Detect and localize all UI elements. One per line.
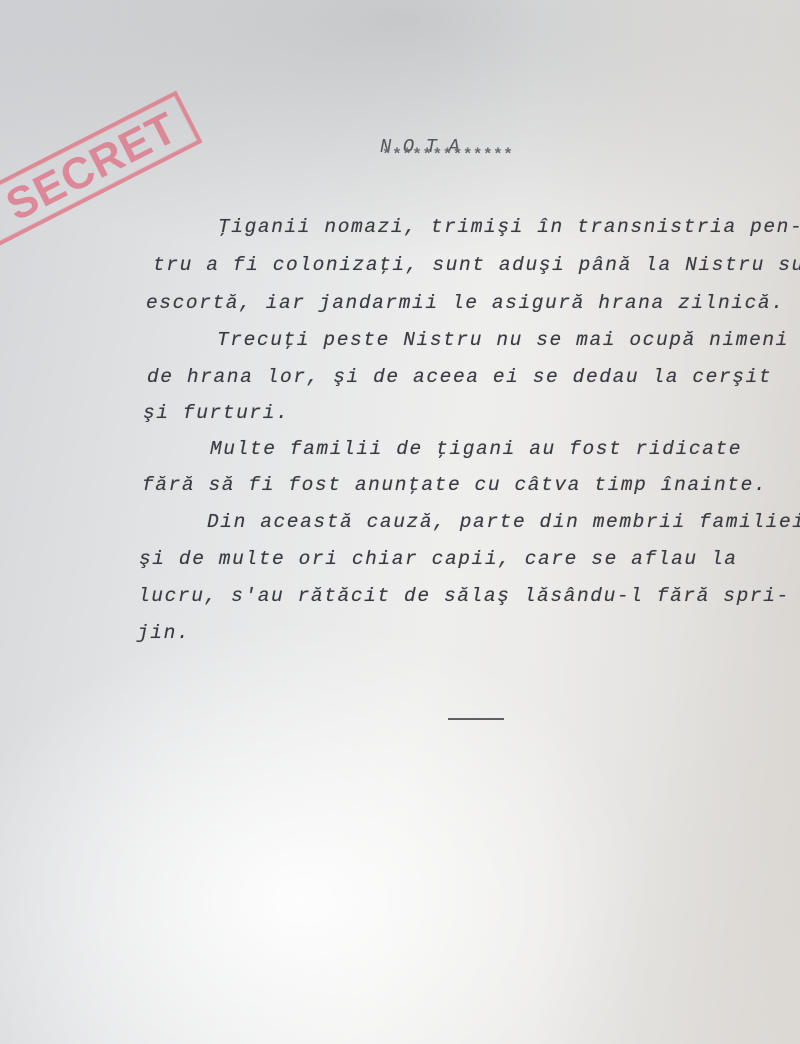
text-line: tru a fi colonizaţi, sunt aduşi până la …	[153, 254, 800, 276]
title-underline: *************	[382, 146, 513, 164]
text-line: escortă, iar jandarmii le asigură hrana …	[146, 292, 785, 314]
text-line: Trecuţi peste Nistru nu se mai ocupă nim…	[217, 329, 789, 351]
text-line: jin.	[137, 622, 190, 644]
text-line: şi furturi.	[143, 402, 289, 424]
document-page: SECRET N O T A ************* Ţiganii nom…	[0, 0, 800, 1044]
text-line: Multe familii de ţigani au fost ridicate	[210, 438, 742, 460]
secret-stamp: SECRET	[0, 90, 203, 247]
text-line: fără să fi fost anunţate cu câtva timp î…	[142, 474, 767, 496]
closing-rule	[448, 718, 504, 720]
text-line: de hrana lor, şi de aceea ei se dedau la…	[147, 366, 772, 388]
text-line: Ţiganii nomazi, trimişi în transnistria …	[218, 216, 800, 238]
text-line: Din această cauză, parte din membrii fam…	[207, 511, 800, 533]
paper-shadow-bottom	[540, 644, 800, 1044]
text-line: lucru, s'au rătăcit de sălaş lăsându-l f…	[138, 585, 790, 607]
text-line: şi de multe ori chiar capii, care se afl…	[139, 548, 738, 570]
